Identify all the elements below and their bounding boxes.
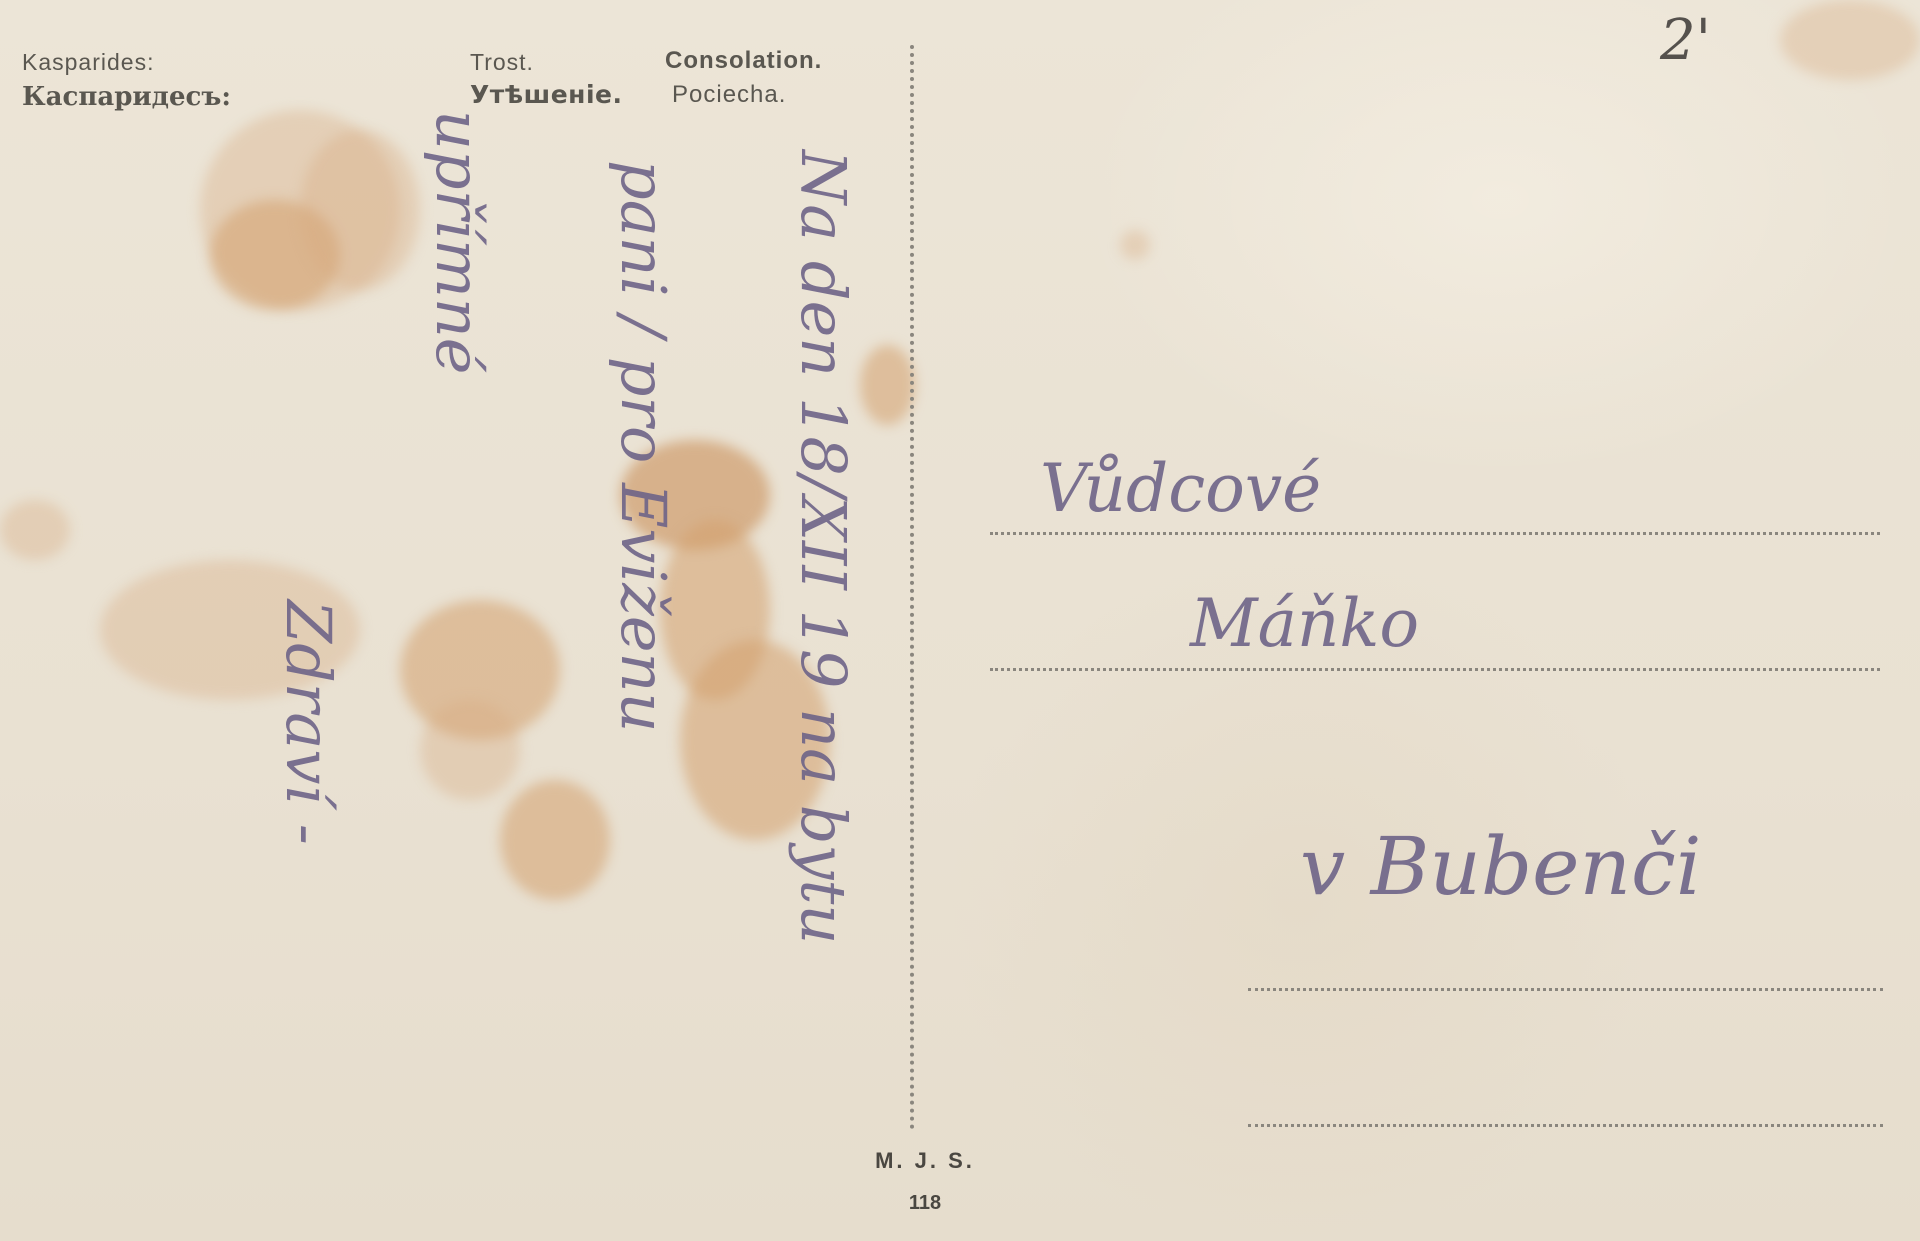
artist-name-latin: Kasparides: bbox=[22, 49, 154, 76]
publisher-mark: M. J. S. bbox=[860, 1148, 990, 1174]
stain bbox=[420, 700, 520, 800]
address-line-2 bbox=[990, 668, 1880, 671]
message-address-divider bbox=[910, 45, 914, 1130]
address-line-4 bbox=[1248, 1124, 1883, 1127]
stain bbox=[1120, 230, 1150, 260]
address-name: Máňko bbox=[1190, 585, 1419, 662]
stain bbox=[300, 130, 420, 290]
address-line-1 bbox=[990, 532, 1880, 535]
title-russian: Утѣшеніе. bbox=[470, 80, 622, 109]
stain bbox=[860, 345, 915, 425]
stain bbox=[0, 500, 70, 560]
stain bbox=[500, 780, 610, 900]
artist-name-cyrillic: Каспаридесъ: bbox=[22, 82, 231, 112]
title-polish: Pociecha. bbox=[672, 81, 786, 109]
title-english: Consolation. bbox=[665, 47, 822, 75]
message-line-2: pani / pro Eviženu bbox=[607, 160, 680, 732]
card-number: 118 bbox=[860, 1192, 990, 1215]
address-recipient: Vůdcové bbox=[1040, 450, 1321, 527]
stain bbox=[1780, 0, 1920, 80]
address-line-3 bbox=[1248, 988, 1883, 991]
pencil-note: 2' bbox=[1660, 8, 1711, 73]
message-signature: Zdraví - bbox=[272, 600, 345, 845]
title-german: Trost. bbox=[470, 49, 534, 76]
message-line-1: Na den 18/XII 19 na bytu bbox=[787, 150, 860, 944]
postcard-reverse: Kasparides: Каспаридесъ: Trost. Утѣшеніе… bbox=[0, 0, 1920, 1241]
address-place: v Bubenči bbox=[1300, 820, 1701, 913]
message-line-3: upřímné bbox=[422, 110, 495, 375]
